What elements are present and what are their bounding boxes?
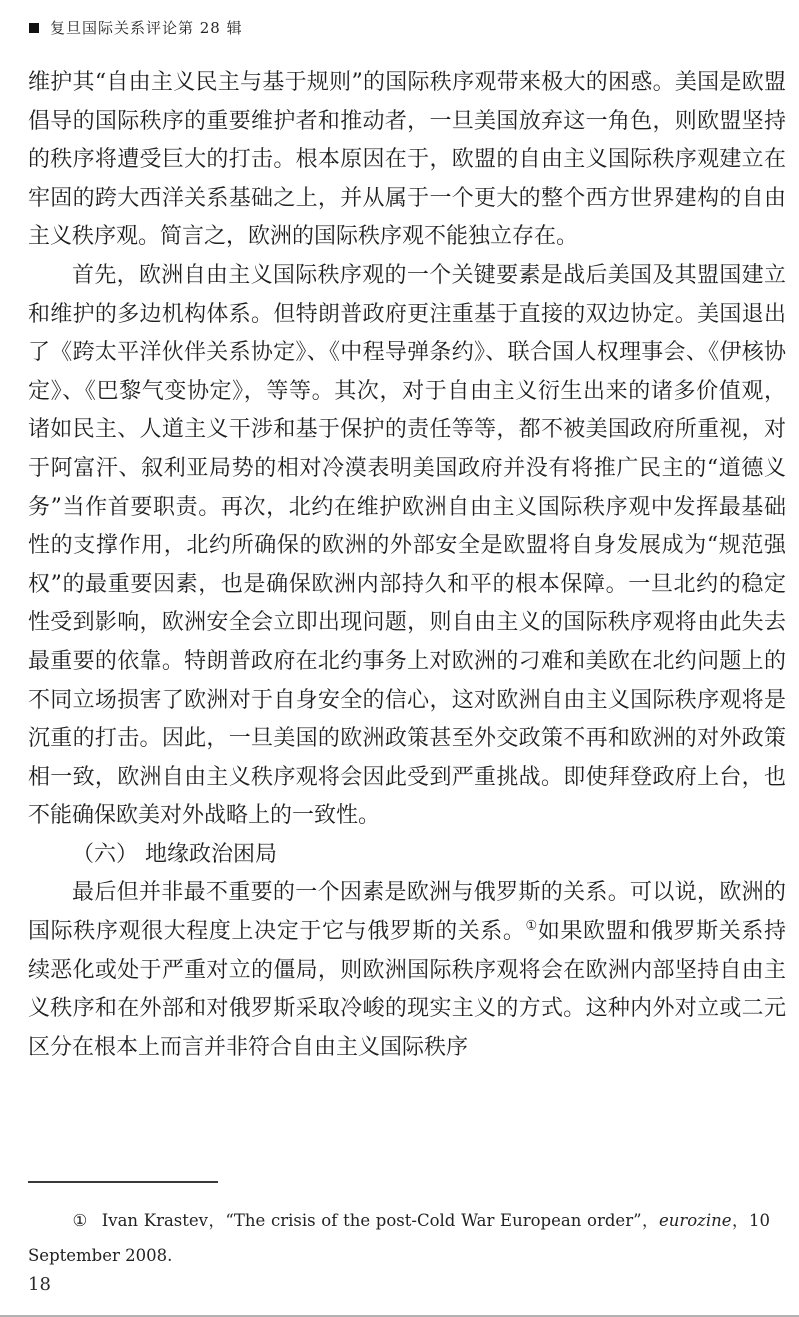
footnote-reference-mark: ① — [526, 919, 538, 934]
footnote-text: Ivan Krastev，“The crisis of the post-Col… — [102, 1211, 659, 1230]
running-head: 复旦国际关系评论第 28 辑 — [29, 17, 243, 38]
running-head-title: 复旦国际关系评论第 28 辑 — [50, 17, 243, 38]
footnote-marker: ① — [72, 1211, 88, 1230]
footnote-journal-name: eurozine — [659, 1211, 732, 1230]
section-heading: （六） 地缘政治困局 — [28, 836, 786, 875]
page-body: 维护其“自由主义民主与基于规则”的国际秩序观带来极大的困惑。美国是欧盟倡导的国际… — [28, 64, 786, 1067]
header-square-icon — [29, 23, 39, 33]
paragraph-1: 维护其“自由主义民主与基于规则”的国际秩序观带来极大的困惑。美国是欧盟倡导的国际… — [28, 64, 786, 257]
paragraph-2: 首先，欧洲自由主义国际秩序观的一个关键要素是战后美国及其盟国建立和维护的多边机构… — [28, 257, 786, 836]
document-page: 复旦国际关系评论第 28 辑 维护其“自由主义民主与基于规则”的国际秩序观带来极… — [0, 0, 799, 1317]
footnote: ①Ivan Krastev，“The crisis of the post-Co… — [28, 1203, 770, 1273]
page-number: 18 — [28, 1274, 51, 1295]
paragraph-3: 最后但并非最不重要的一个因素是欧洲与俄罗斯的关系。可以说，欧洲的国际秩序观很大程… — [28, 874, 786, 1067]
footnote-separator-rule — [28, 1181, 218, 1183]
